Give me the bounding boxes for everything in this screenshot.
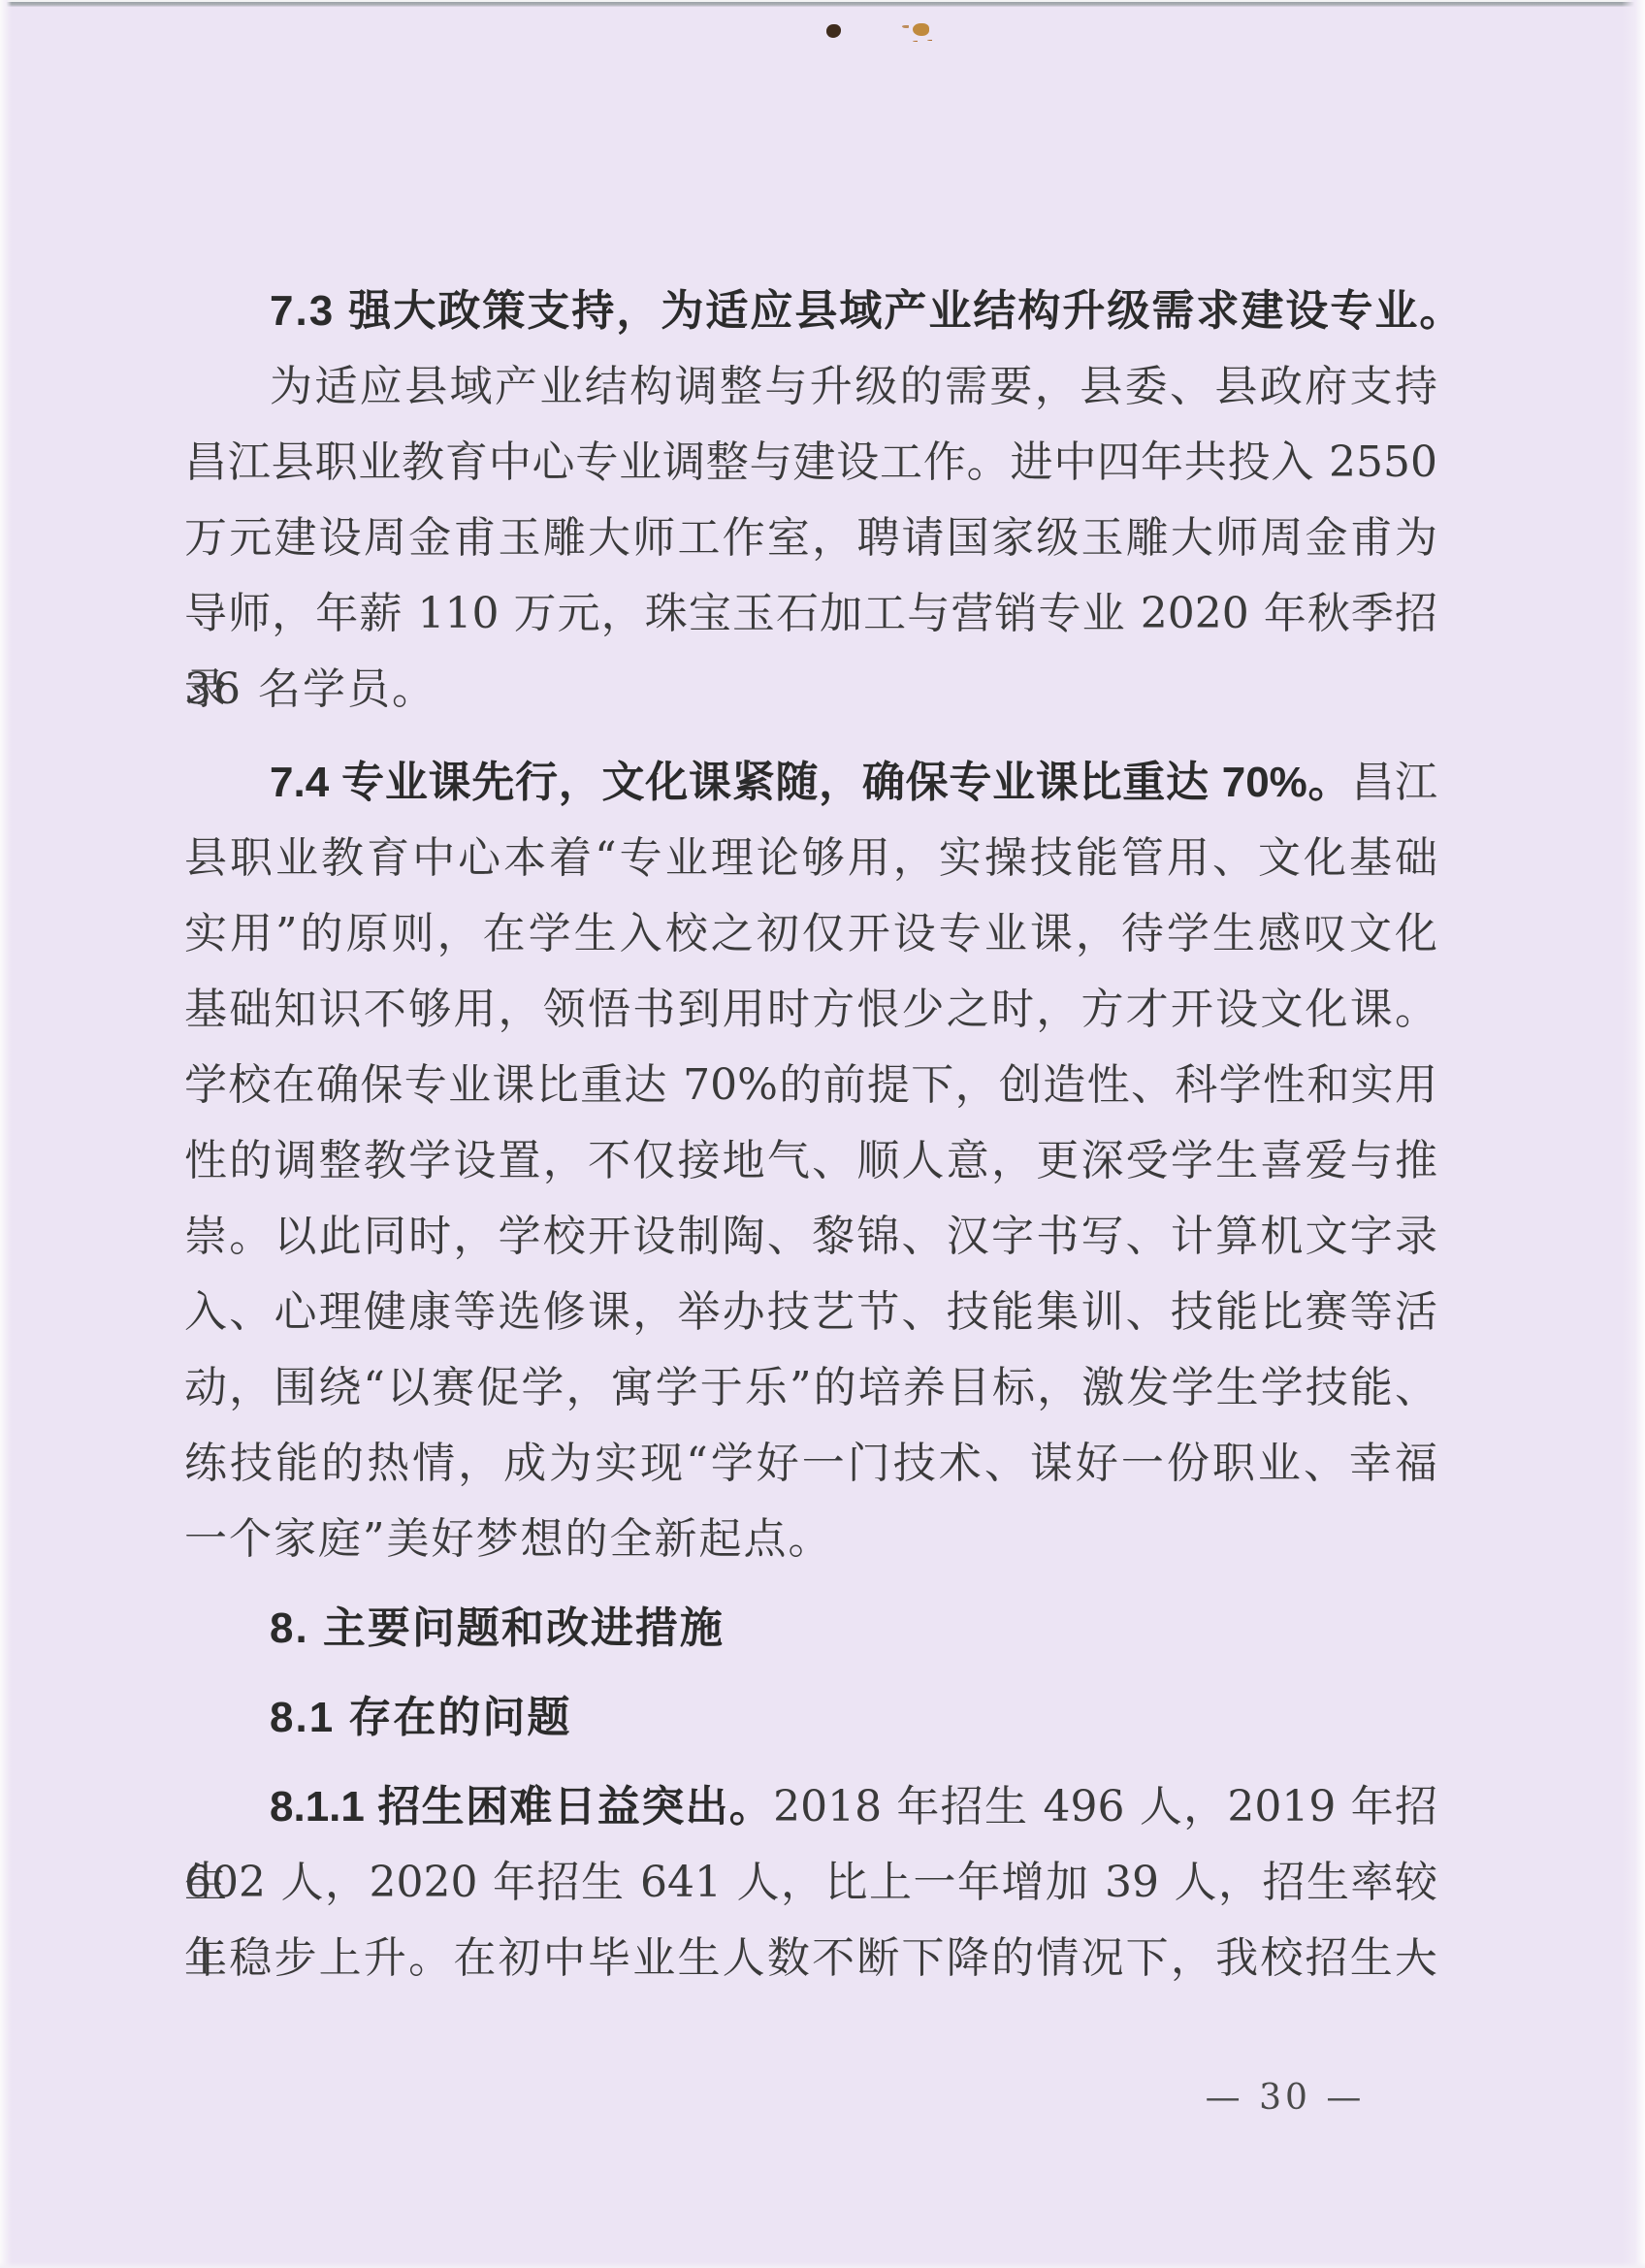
document-body: 7.3 强大政策支持，为适应县域产业结构升级需求建设专业。 为适应县域产业结构调… [184,274,1437,1996]
paragraph-7-3-line: 导师，年薪 110 万元，珠宝玉石加工与营销专业 2020 年秋季招录 [184,576,1437,652]
ink-speck-dark [826,24,841,38]
paragraph-7-3-line: 36 名学员。 [184,652,1437,728]
paragraph-7-3-line: 昌江县职业教育中心专业调整与建设工作。进中四年共投入 2550 [184,425,1437,501]
section-heading-7-4: 7.4 专业课先行，文化课紧随，确保专业课比重达 70%。 [270,759,1351,806]
ink-speck-orange [913,23,929,36]
paragraph-7-4-lead-line: 7.4 专业课先行，文化课紧随，确保专业课比重达 70%。昌江 [184,745,1437,821]
scan-edge-top [0,0,1645,7]
paragraph-8-1-1-line: 年稳步上升。在初中毕业生人数不断下降的情况下，我校招生人 [184,1921,1437,1996]
paragraph-7-3-line: 万元建设周金甫玉雕大师工作室，聘请国家级玉雕大师周金甫为 [184,501,1437,576]
section-heading-7-3: 7.3 强大政策支持，为适应县域产业结构升级需求建设专业。 [184,274,1437,349]
paragraph-7-4-lead-text: 昌江 [1351,758,1437,807]
scanned-document-page: 7.3 强大政策支持，为适应县域产业结构升级需求建设专业。 为适应县域产业结构调… [0,0,1645,2268]
paragraph-7-4-line: 基础知识不够用，领悟书到用时方恨少之时，方才开设文化课。 [184,972,1437,1048]
paragraph-8-1-1-line: 602 人，2020 年招生 641 人，比上一年增加 39 人，招生率较上一 [184,1845,1437,1921]
section-heading-8-1-1: 8.1.1 招生困难日益突出。 [270,1783,773,1831]
paragraph-7-4-line: 实用”的原则，在学生入校之初仅开设专业课，待学生感叹文化 [184,896,1437,972]
scan-edge-right [1622,0,1645,2268]
paragraph-7-4-line: 崇。以此同时，学校开设制陶、黎锦、汉字书写、计算机文字录 [184,1199,1437,1275]
paragraph-7-4-line: 一个家庭”美好梦想的全新起点。 [184,1502,1437,1577]
scan-edge-bottom [0,2262,1645,2268]
paragraph-7-4-line: 学校在确保专业课比重达 70%的前提下，创造性、科学性和实用 [184,1048,1437,1123]
paragraph-8-1-1-lead-line: 8.1.1 招生困难日益突出。2018 年招生 496 人，2019 年招生 [184,1769,1437,1845]
paragraph-7-4-line: 练技能的热情，成为实现“学好一门技术、谋好一份职业、幸福 [184,1426,1437,1502]
paragraph-7-4-line: 县职业教育中心本着“专业理论够用，实操技能管用、文化基础 [184,821,1437,896]
section-heading-8: 8. 主要问题和改进措施 [184,1591,1437,1667]
paragraph-7-4-line: 性的调整教学设置，不仅接地气、顺人意，更深受学生喜爱与推 [184,1123,1437,1199]
scan-edge-left [0,0,12,2268]
page-number: — 30 — [1154,2078,1416,2118]
paragraph-7-3-line: 为适应县域产业结构调整与升级的需要，县委、县政府支持 [184,349,1437,425]
section-heading-8-1: 8.1 存在的问题 [184,1680,1437,1756]
paragraph-7-4-line: 入、心理健康等选修课，举办技艺节、技能集训、技能比赛等活 [184,1275,1437,1350]
paragraph-7-4-line: 动，围绕“以赛促学，寓学于乐”的培养目标，激发学生学技能、 [184,1350,1437,1426]
